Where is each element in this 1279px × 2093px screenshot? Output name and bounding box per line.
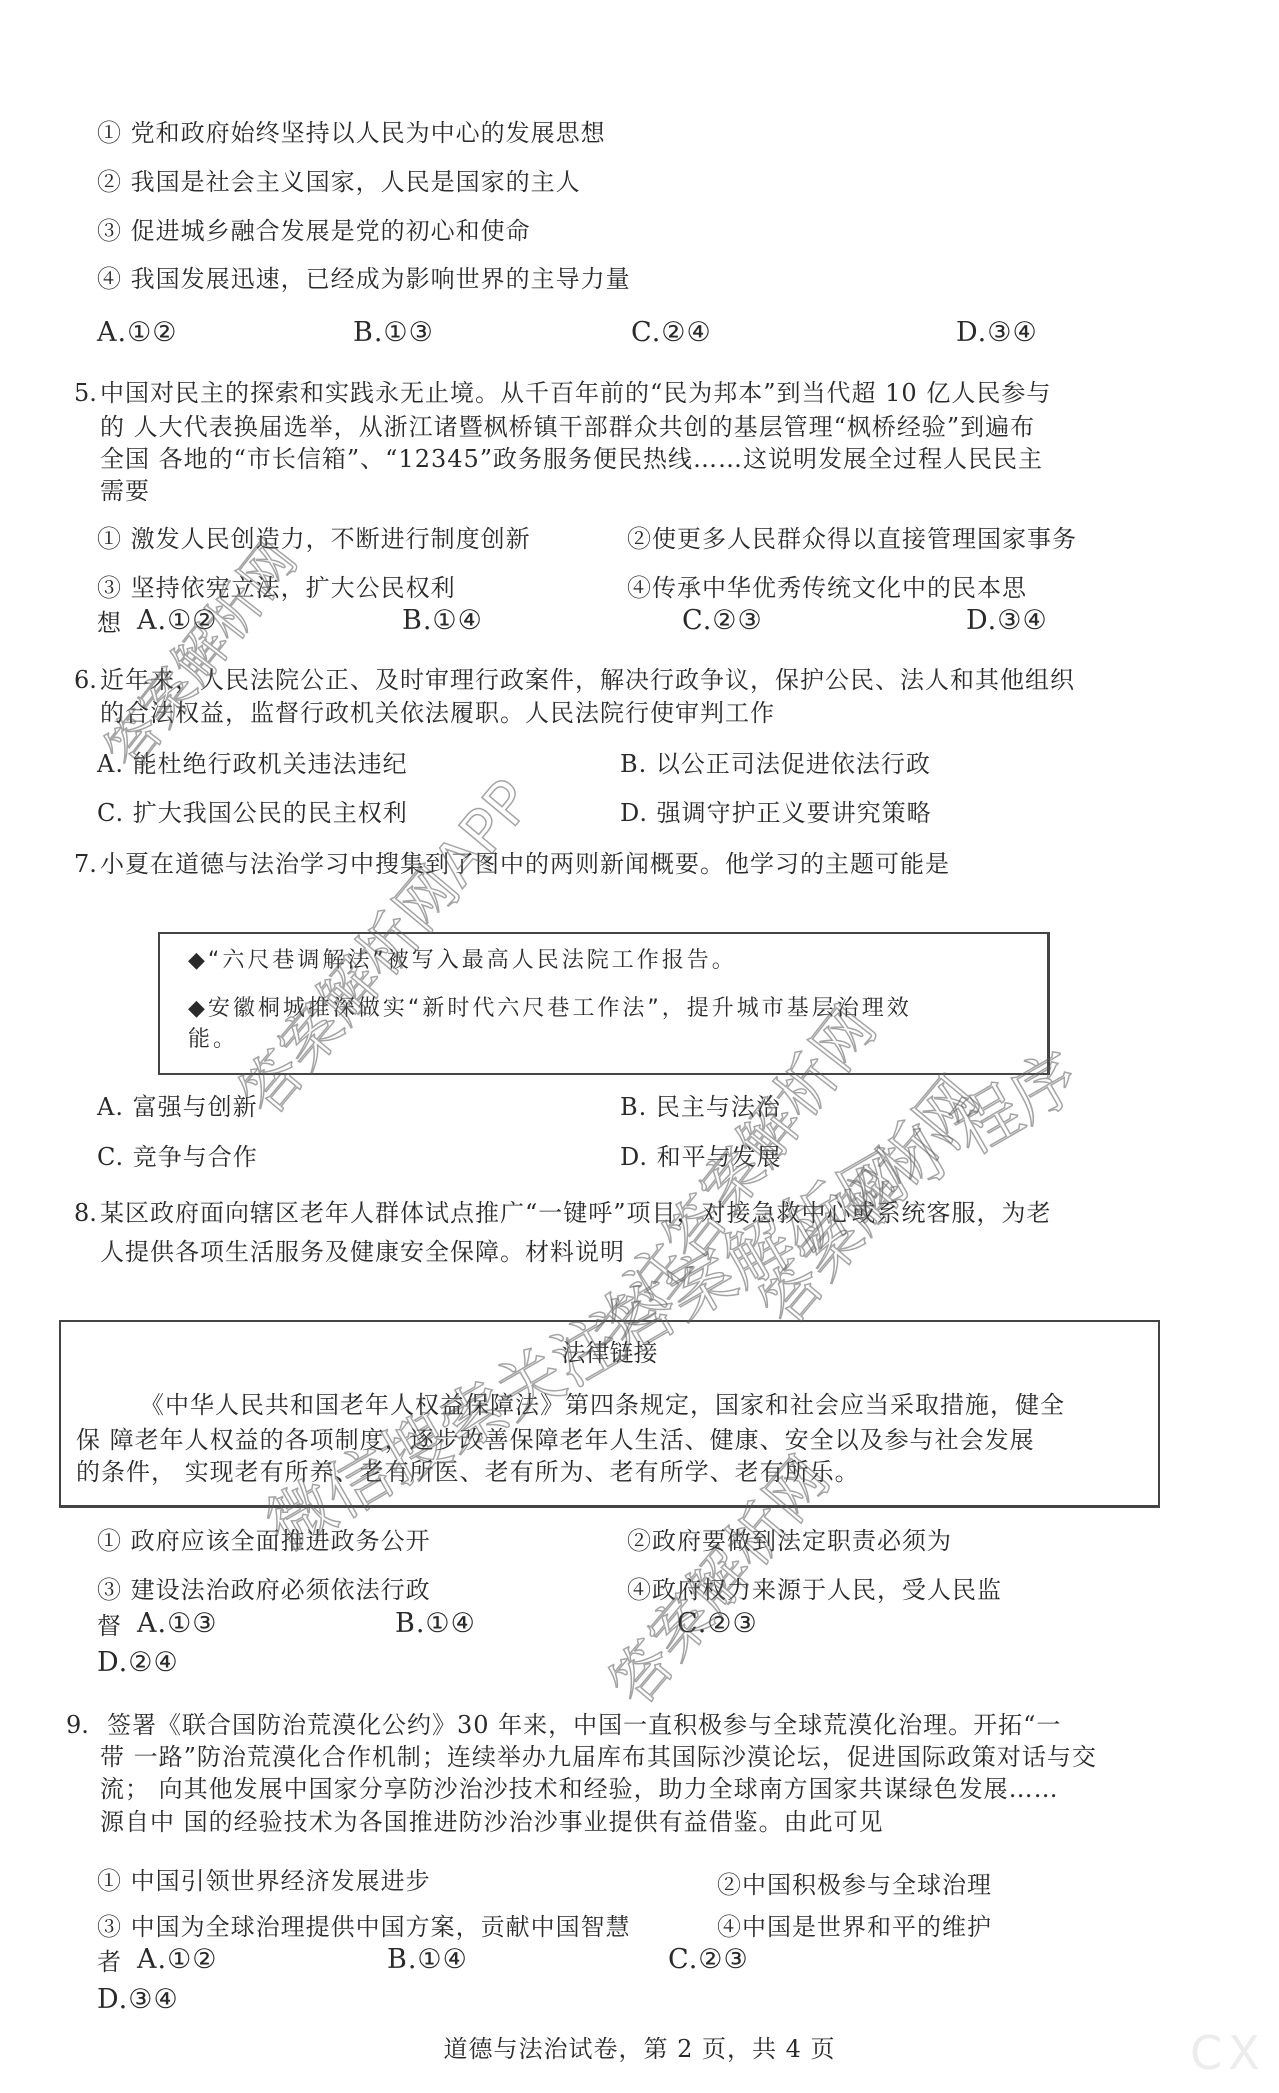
q8-option-b: B.①④: [395, 1609, 476, 1639]
q9-stem-line-3: 流； 向其他发展中国家分享防沙治沙技术和经验，助力全球南方国家共谋绿色发展……: [100, 1774, 1059, 1804]
q5-stem-line-1: 中国对民主的探索和实践永无止境。从千百年前的“民为邦本”到当代超 10 亿人民参…: [100, 378, 1051, 408]
q8-option-d: D.②④: [97, 1648, 179, 1678]
q9-statement-3: ③ 中国为全球治理提供中国方案，贡献中国智慧: [97, 1912, 631, 1942]
q4-statement-2: ② 我国是社会主义国家，人民是国家的主人: [97, 167, 581, 197]
q8-statement-tail: 督: [97, 1611, 122, 1641]
q5-statement-1: ① 激发人民创造力，不断进行制度创新: [97, 524, 531, 554]
q9-option-d: D.③④: [97, 1985, 179, 2015]
q7-news-item-2-wrap: 能。: [188, 1025, 238, 1055]
q6-number: 6.: [74, 665, 97, 695]
q9-stem-line-4: 源自中 国的经验技术为各国推进防沙治沙事业提供有益借鉴。由此可见: [100, 1807, 884, 1837]
q8-option-c: C.②③: [677, 1609, 758, 1639]
q8-number: 8.: [74, 1198, 97, 1228]
q7-option-b: B. 民主与法治: [620, 1092, 781, 1122]
q4-option-b: B.①③: [353, 318, 434, 348]
q8-statement-1: ① 政府应该全面推进政务公开: [97, 1526, 431, 1556]
q7-number: 7.: [74, 849, 97, 879]
q4-option-c: C.②④: [631, 318, 712, 348]
cx-logo: CX: [1190, 2026, 1266, 2080]
q7-option-d: D. 和平与发展: [620, 1142, 782, 1172]
q7-stem: 小夏在道德与法治学习中搜集到了图中的两则新闻概要。他学习的主题可能是: [100, 849, 950, 879]
q8-law-line-3: 的条件， 实现老有所养、老有所医、老有所为、老有所学、老有所乐。: [76, 1457, 860, 1487]
q5-option-a: A.①②: [137, 606, 218, 636]
q7-news-item-1: ◆“六尺巷调解法”被写入最高人民法院工作报告。: [188, 946, 737, 976]
q4-option-a: A.①②: [97, 318, 178, 348]
q8-option-a: A.①③: [137, 1609, 218, 1639]
q5-stem-line-2: 的 人大代表换届选举，从浙江诸暨枫桥镇干部群众共创的基层管理“枫桥经验”到遍布: [100, 412, 1035, 442]
page-footer: 道德与法治试卷，第 2 页，共 4 页: [0, 2034, 1279, 2064]
q4-statement-3: ③ 促进城乡融合发展是党的初心和使命: [97, 216, 531, 246]
q8-stem-line-1: 某区政府面向辖区老年人群体试点推广“一键呼”项目，对接急救中心或系统客服，为老: [100, 1198, 1052, 1228]
q9-statement-tail: 者: [97, 1947, 122, 1977]
q6-stem-line-1: 近年来，人民法院公正、及时审理行政案件，解决行政争议，保护公民、法人和其他组织: [100, 665, 1075, 695]
q9-option-b: B.①④: [387, 1945, 468, 1975]
q9-option-a: A.①②: [137, 1945, 218, 1975]
q5-stem-line-4: 需要: [100, 476, 150, 506]
q5-stem-line-3: 全国 各地的“市长信箱”、“12345”政务服务便民热线……这说明发展全过程人民…: [100, 444, 1043, 474]
q4-statement-1: ① 党和政府始终坚持以人民为中心的发展思想: [97, 118, 606, 148]
q9-stem-line-2: 带 一路”防治荒漠化合作机制；连续举办九届库布其国际沙漠论坛，促进国际政策对话与…: [100, 1742, 1097, 1772]
q8-statement-2: ②政府要做到法定职责必须为: [627, 1526, 952, 1556]
q5-option-d: D.③④: [966, 606, 1048, 636]
q9-number: 9.: [66, 1710, 89, 1740]
q8-law-line-1: 《中华人民共和国老年人权益保障法》第四条规定，国家和社会应当采取措施，健全: [140, 1390, 1065, 1420]
q6-option-b: B. 以公正司法促进依法行政: [620, 749, 931, 779]
q7-option-c: C. 竞争与合作: [97, 1142, 258, 1172]
q9-option-c: C.②③: [668, 1945, 749, 1975]
q7-news-item-2: ◆安徽桐城推深做实“新时代六尺巷工作法”，提升城市基层治理效: [188, 994, 912, 1024]
q5-statement-tail: 想: [97, 608, 122, 638]
q4-option-d: D.③④: [956, 318, 1038, 348]
q5-option-b: B.①④: [402, 606, 483, 636]
q8-law-box-title: 法律链接: [0, 1338, 1219, 1368]
q6-option-d: D. 强调守护正义要讲究策略: [620, 798, 932, 828]
q8-law-line-2: 保 障老年人权益的各项制度，逐步改善保障老年人生活、健康、安全以及参与社会发展: [76, 1425, 1035, 1455]
q6-stem-line-2: 的合法权益，监督行政机关依法履职。人民法院行使审判工作: [100, 698, 775, 728]
q8-statement-3: ③ 建设法治政府必须依法行政: [97, 1575, 431, 1605]
q9-statement-4: ④中国是世界和平的维护: [717, 1912, 992, 1942]
watermark-1: 答案解析网: [85, 522, 312, 782]
q8-statement-4: ④政府权力来源于人民，受人民监: [627, 1575, 1002, 1605]
q6-option-a: A. 能杜绝行政机关违法违纪: [97, 749, 408, 779]
q9-stem-line-1: 签署《联合国防治荒漠化公约》30 年来，中国一直积极参与全球荒漠化治理。开拓“一: [107, 1710, 1061, 1740]
q5-option-c: C.②③: [682, 606, 763, 636]
q5-number: 5.: [74, 378, 97, 408]
q6-option-c: C. 扩大我国公民的民主权利: [97, 798, 408, 828]
q5-statement-4: ④传承中华优秀传统文化中的民本思: [627, 573, 1027, 603]
q9-statement-1: ① 中国引领世界经济发展进步: [97, 1866, 431, 1896]
q5-statement-3: ③ 坚持依宪立法，扩大公民权利: [97, 573, 456, 603]
q5-statement-2: ②使更多人民群众得以直接管理国家事务: [627, 524, 1077, 554]
q8-stem-line-2: 人提供各项生活服务及健康安全保障。材料说明: [100, 1237, 625, 1267]
q9-statement-2: ②中国积极参与全球治理: [717, 1870, 992, 1900]
q4-statement-4: ④ 我国发展迅速，已经成为影响世界的主导力量: [97, 264, 631, 294]
q7-option-a: A. 富强与创新: [97, 1092, 258, 1122]
